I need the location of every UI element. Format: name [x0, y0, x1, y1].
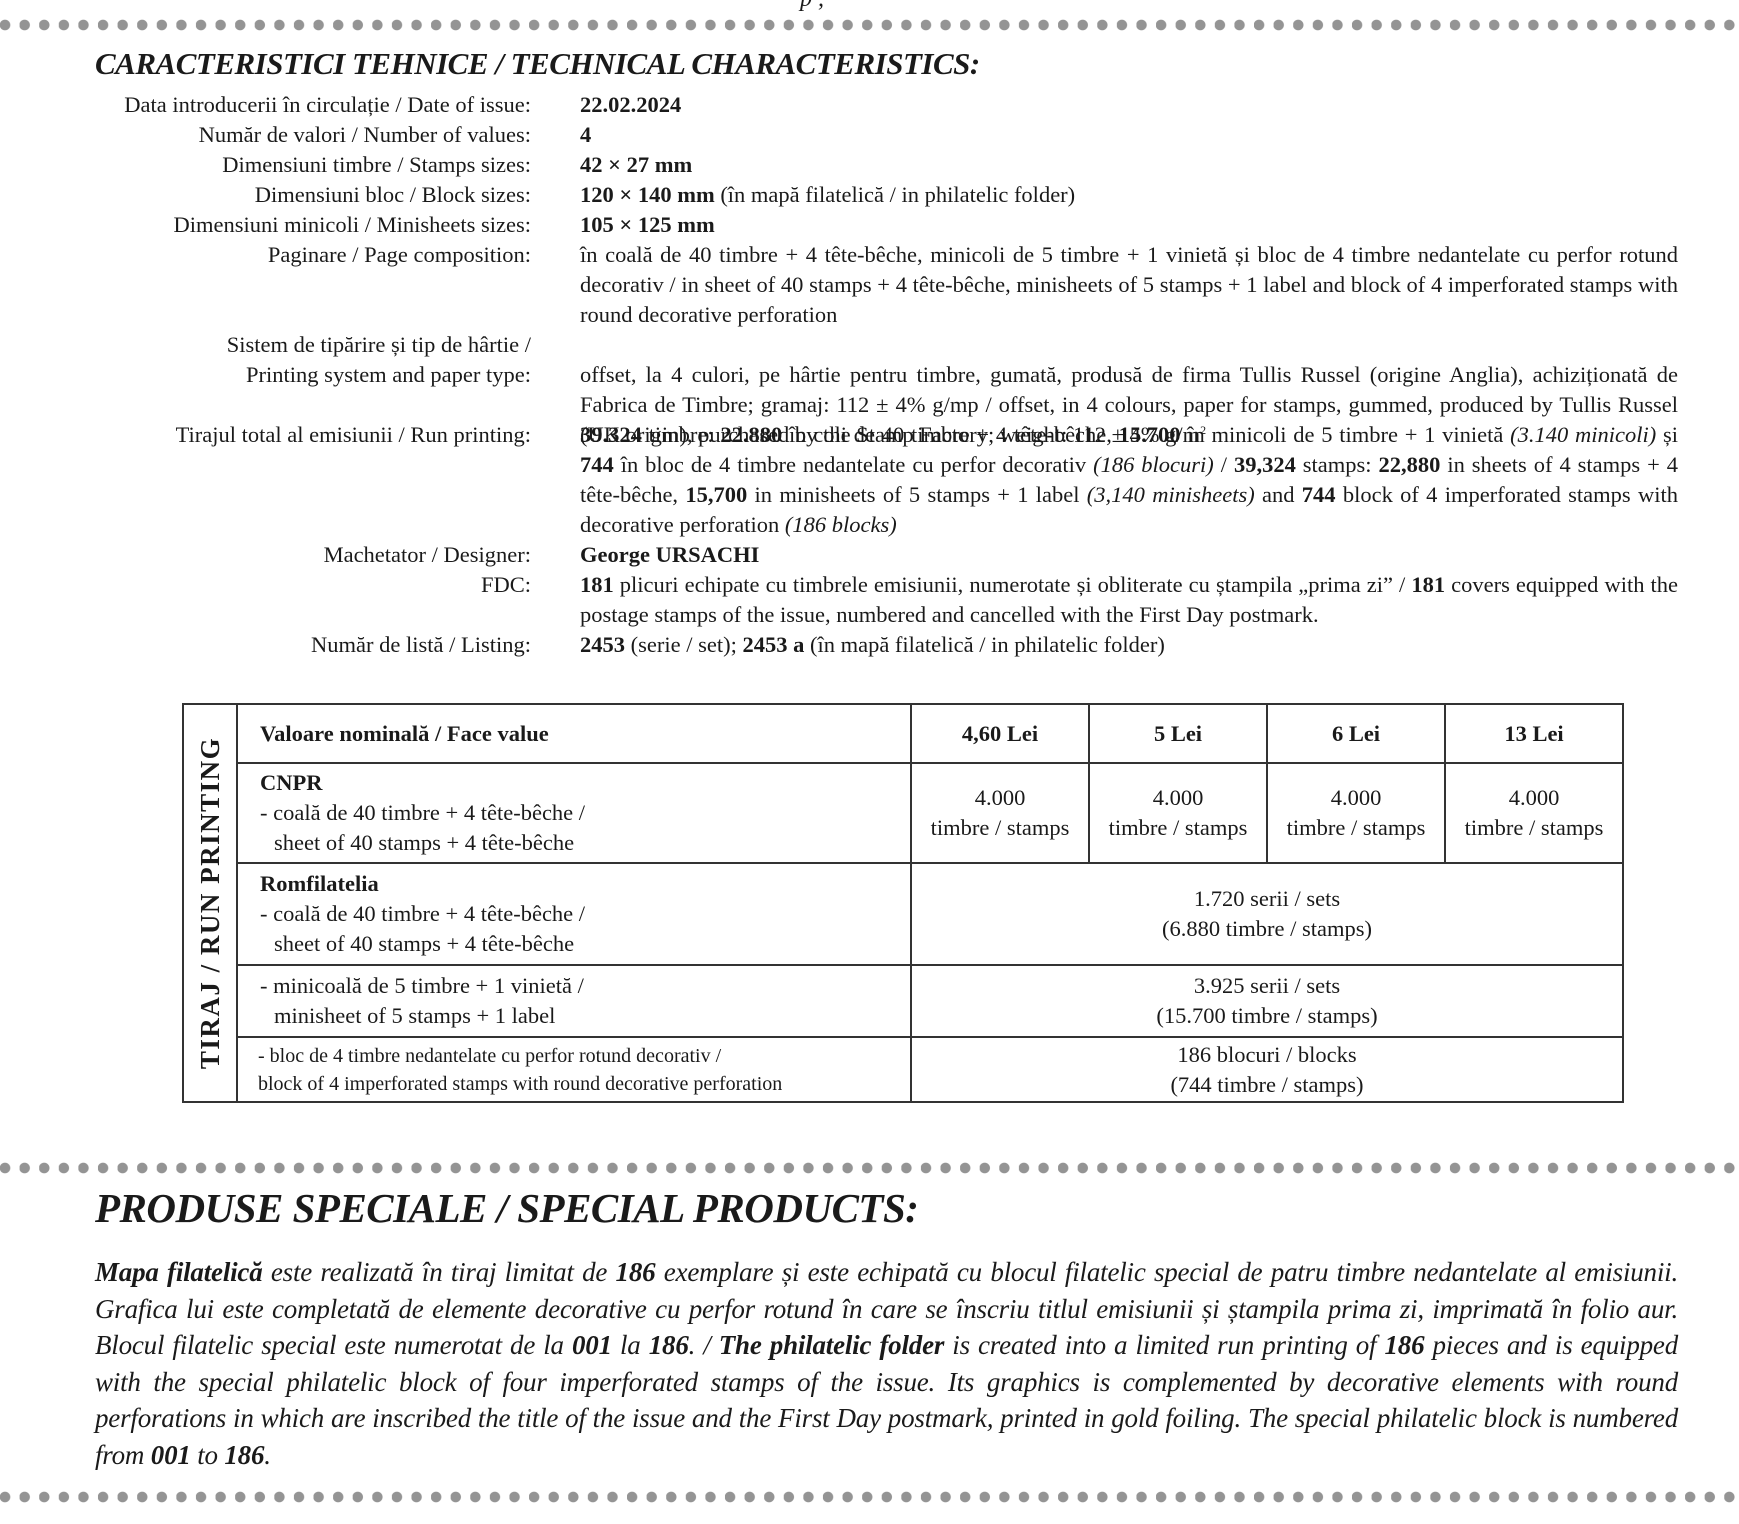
text-italic: (186 blocks): [785, 512, 897, 537]
stamp-sizes-value: 42 × 27 mm: [580, 152, 692, 177]
spec-value: 105 × 125 mm: [580, 210, 1678, 240]
text: este realizată în tiraj limitat de: [263, 1257, 616, 1287]
table-header-row: TIRAJ / RUN PRINTING Valoare nominală / …: [183, 704, 1623, 763]
face-value-label: Valoare nominală / Face value: [237, 704, 911, 763]
special-products-paragraph: Mapa filatelică este realizată în tiraj …: [95, 1254, 1678, 1473]
run-total: 39.324: [580, 422, 642, 447]
spec-value: 22.02.2024: [580, 90, 1678, 120]
special-products-title: PRODUSE SPECIALE / SPECIAL PRODUCTS:: [95, 1184, 918, 1232]
table-row-romfilatelia: Romfilatelia - coală de 40 timbre + 4 tê…: [183, 863, 1623, 965]
fdc-value: 181 plicuri echipate cu timbrele emisiun…: [580, 570, 1678, 630]
spec-value: George URSACHI: [580, 540, 1678, 570]
side-label: TIRAJ / RUN PRINTING: [195, 737, 225, 1069]
stamps-count: (6.880 timbre / stamps): [912, 914, 1622, 944]
text: în coli de 40 timbre + 4 tête-bêche,: [782, 422, 1118, 447]
text: in minisheets of 5 stamps + 1 label: [747, 482, 1087, 507]
run-printing-table: TIRAJ / RUN PRINTING Valoare nominală / …: [182, 703, 1624, 1103]
spec-row-fdc: FDC: 181 plicuri echipate cu timbrele em…: [60, 570, 1680, 630]
row-title: CNPR: [260, 768, 910, 798]
spec-label: Tirajul total al emisiunii / Run printin…: [60, 420, 531, 540]
minisheet-sizes-value: 105 × 125 mm: [580, 212, 715, 237]
run-sheets-en: 22,880: [1379, 452, 1441, 477]
face-value-col-2: 5 Lei: [1089, 704, 1267, 763]
unit: timbre / stamps: [1268, 813, 1444, 843]
number-of-values-value: 4: [580, 122, 591, 147]
unit: timbre / stamps: [1090, 813, 1266, 843]
face-value-col-3: 6 Lei: [1267, 704, 1445, 763]
page-composition-value: în coală de 40 timbre + 4 tête-bêche, mi…: [580, 240, 1678, 330]
bold-text: 001: [151, 1440, 191, 1470]
qty: 4.000: [1268, 783, 1444, 813]
run-total-en: 39,324: [1234, 452, 1296, 477]
cut-off-text-fragment: p ,: [800, 0, 824, 13]
stamps-count: (15.700 timbre / stamps): [912, 1001, 1622, 1031]
text-italic: (186 blocuri): [1093, 452, 1214, 477]
block-sizes-value: 120 × 140 mm: [580, 182, 715, 207]
table-cell: 3.925 serii / sets (15.700 timbre / stam…: [911, 965, 1623, 1037]
bold-text: 186: [224, 1440, 264, 1470]
fdc-count-en: 181: [1411, 572, 1445, 597]
spec-row-stamp-sizes: Dimensiuni timbre / Stamps sizes: 42 × 2…: [60, 150, 1680, 180]
table-cell: 1.720 serii / sets (6.880 timbre / stamp…: [911, 863, 1623, 965]
spec-row-page-composition: Paginare / Page composition: în coală de…: [60, 240, 1680, 330]
listing-number: 2453: [580, 632, 625, 657]
spec-label: Număr de listă / Listing:: [60, 630, 531, 660]
table-cell: 4.000timbre / stamps: [1089, 763, 1267, 863]
spec-label: FDC:: [60, 570, 531, 630]
side-label-cell: TIRAJ / RUN PRINTING: [183, 704, 237, 1102]
row-description: - bloc de 4 timbre nedantelate cu perfor…: [237, 1037, 911, 1102]
stamps-count: (744 timbre / stamps): [912, 1070, 1622, 1100]
bold-text: Mapa filatelică: [95, 1257, 263, 1287]
bold-text: 186: [1384, 1330, 1424, 1360]
row-line: - coală de 40 timbre + 4 tête-bêche /: [260, 798, 910, 828]
bold-text: 186: [616, 1257, 656, 1287]
blocks-count: 186 blocuri / blocks: [912, 1040, 1622, 1070]
date-of-issue-value: 22.02.2024: [580, 92, 681, 117]
spec-label: Data introducerii în circulație / Date o…: [60, 90, 531, 120]
spec-label-line: Printing system and paper type:: [60, 360, 531, 390]
text: plicuri echipate cu timbrele emisiunii, …: [614, 572, 1412, 597]
text-italic: (3,140 minisheets): [1087, 482, 1255, 507]
table-cell: 4.000timbre / stamps: [1445, 763, 1623, 863]
row-description: Romfilatelia - coală de 40 timbre + 4 tê…: [237, 863, 911, 965]
table-cell: 186 blocuri / blocks (744 timbre / stamp…: [911, 1037, 1623, 1102]
designer-name: George URSACHI: [580, 542, 759, 567]
row-title: Romfilatelia: [260, 869, 910, 899]
technical-characteristics-title: CARACTERISTICI TEHNICE / TECHNICAL CHARA…: [95, 46, 980, 82]
spec-row-block-sizes: Dimensiuni bloc / Block sizes: 120 × 140…: [60, 180, 1680, 210]
text-italic: (3.140 minicoli): [1510, 422, 1656, 447]
text: la: [612, 1330, 649, 1360]
dotted-divider-middle: [0, 1162, 1739, 1174]
spec-label-line: Sistem de tipărire și tip de hârtie /: [60, 330, 531, 360]
text: is created into a limited run printing o…: [944, 1330, 1384, 1360]
spec-row-listing: Număr de listă / Listing: 2453 (serie / …: [60, 630, 1680, 660]
run-blocks-en: 744: [1302, 482, 1336, 507]
run-sheets: 22.880: [720, 422, 782, 447]
table-row-block: - bloc de 4 timbre nedantelate cu perfor…: [183, 1037, 1623, 1102]
fdc-count: 181: [580, 572, 614, 597]
text: /: [1214, 452, 1234, 477]
listing-number-folder: 2453 a: [742, 632, 804, 657]
row-line: - minicoală de 5 timbre + 1 vinietă /: [260, 971, 910, 1001]
spec-label: Dimensiuni timbre / Stamps sizes:: [60, 150, 531, 180]
qty: 4.000: [912, 783, 1088, 813]
face-value-col-4: 13 Lei: [1445, 704, 1623, 763]
qty: 4.000: [1446, 783, 1622, 813]
listing-value: 2453 (serie / set); 2453 a (în mapă fila…: [580, 630, 1678, 660]
spec-label: Număr de valori / Number of values:: [60, 120, 531, 150]
table-row-minisheet: - minicoală de 5 timbre + 1 vinietă / mi…: [183, 965, 1623, 1037]
text: în bloc de 4 timbre nedantelate cu perfo…: [614, 452, 1093, 477]
bold-text: 186: [649, 1330, 689, 1360]
text: și: [1656, 422, 1678, 447]
table-cell: 4.000timbre / stamps: [1267, 763, 1445, 863]
text: timbre:: [642, 422, 720, 447]
row-line: block of 4 imperforated stamps with roun…: [258, 1070, 910, 1098]
run-minisheets: 15.700: [1119, 422, 1181, 447]
row-line: - coală de 40 timbre + 4 tête-bêche /: [260, 899, 910, 929]
block-sizes-note: (în mapă filatelică / in philatelic fold…: [715, 182, 1075, 207]
row-line: sheet of 40 stamps + 4 tête-bêche: [260, 828, 574, 858]
text: .: [264, 1440, 271, 1470]
sets-count: 3.925 serii / sets: [912, 971, 1622, 1001]
text: (serie / set);: [625, 632, 742, 657]
table-cell: 4.000timbre / stamps: [911, 763, 1089, 863]
spec-label: Dimensiuni minicoli / Minisheets sizes:: [60, 210, 531, 240]
face-value-col-1: 4,60 Lei: [911, 704, 1089, 763]
sets-count: 1.720 serii / sets: [912, 884, 1622, 914]
run-blocks: 744: [580, 452, 614, 477]
row-line: minisheet of 5 stamps + 1 label: [260, 1001, 555, 1031]
spec-row-designer: Machetator / Designer: George URSACHI: [60, 540, 1680, 570]
text: în minicoli de 5 timbre + 1 vinietă: [1181, 422, 1511, 447]
run-printing-value: 39.324 timbre: 22.880 în coli de 40 timb…: [580, 420, 1678, 540]
bold-text: The philatelic folder: [719, 1330, 944, 1360]
text: to: [191, 1440, 225, 1470]
text: and: [1255, 482, 1302, 507]
run-minisheets-en: 15,700: [685, 482, 747, 507]
spec-row-number-of-values: Număr de valori / Number of values: 4: [60, 120, 1680, 150]
unit: timbre / stamps: [1446, 813, 1622, 843]
bold-text: 001: [572, 1330, 612, 1360]
row-description: CNPR - coală de 40 timbre + 4 tête-bêche…: [237, 763, 911, 863]
spec-value: 120 × 140 mm (în mapă filatelică / in ph…: [580, 180, 1678, 210]
spec-row-date-of-issue: Data introducerii în circulație / Date o…: [60, 90, 1680, 120]
row-line: sheet of 40 stamps + 4 tête-bêche: [260, 929, 574, 959]
spec-label: Paginare / Page composition:: [60, 240, 531, 330]
spec-row-run-printing: Tirajul total al emisiunii / Run printin…: [60, 420, 1680, 540]
unit: timbre / stamps: [912, 813, 1088, 843]
text: stamps:: [1296, 452, 1379, 477]
spec-value: 42 × 27 mm: [580, 150, 1678, 180]
text: . /: [689, 1330, 719, 1360]
spec-label: Dimensiuni bloc / Block sizes:: [60, 180, 531, 210]
qty: 4.000: [1090, 783, 1266, 813]
dotted-divider-bottom: [0, 1491, 1739, 1503]
row-line: - bloc de 4 timbre nedantelate cu perfor…: [258, 1042, 910, 1070]
technical-specs-list: Data introducerii în circulație / Date o…: [60, 90, 1680, 660]
spec-row-minisheet-sizes: Dimensiuni minicoli / Minisheets sizes: …: [60, 210, 1680, 240]
row-description: - minicoală de 5 timbre + 1 vinietă / mi…: [237, 965, 911, 1037]
dotted-divider-top: [0, 19, 1739, 31]
spec-value: 4: [580, 120, 1678, 150]
text: (în mapă filatelică / in philatelic fold…: [804, 632, 1164, 657]
table-row-cnpr: CNPR - coală de 40 timbre + 4 tête-bêche…: [183, 763, 1623, 863]
spec-label: Machetator / Designer:: [60, 540, 531, 570]
